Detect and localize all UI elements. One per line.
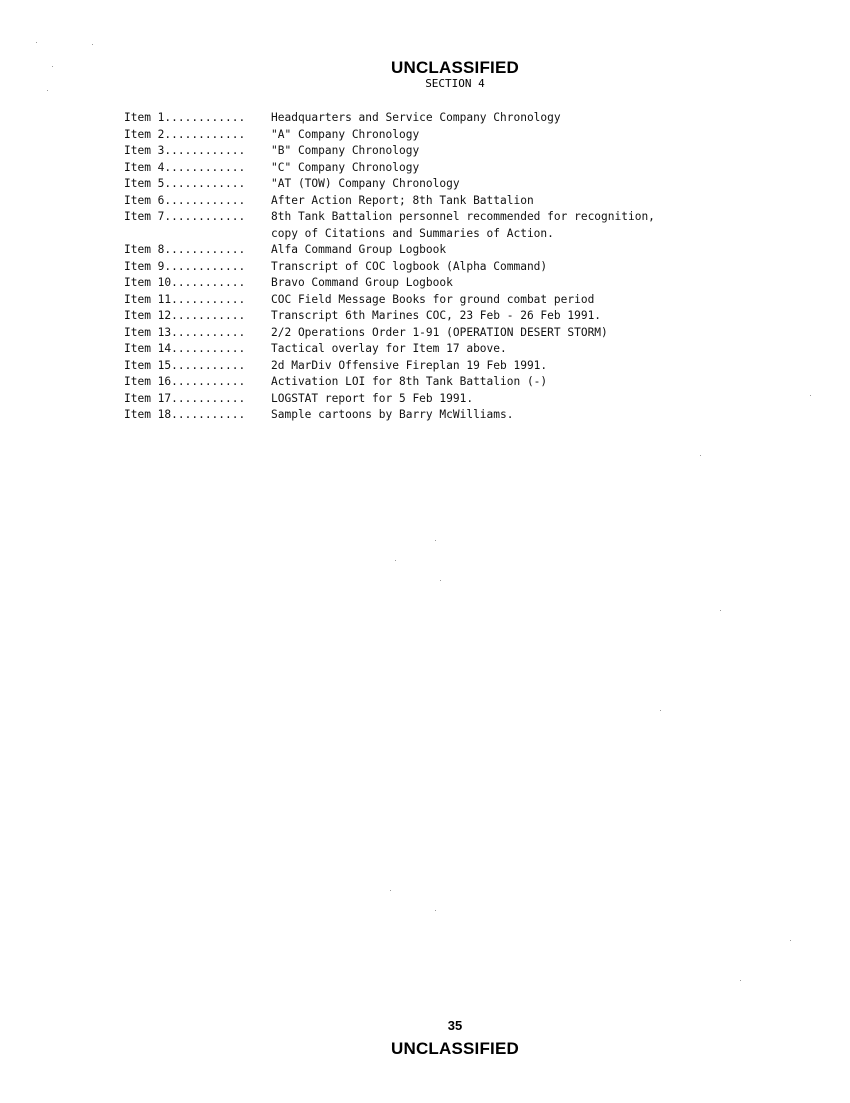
list-item: Item 16...........Activation LOI for 8th…: [124, 374, 655, 391]
section-title: SECTION 4: [30, 77, 850, 90]
item-label: Item 9............: [124, 259, 271, 276]
scan-speck: [92, 44, 93, 45]
list-item: Item 5............"AT (TOW) Company Chro…: [124, 176, 655, 193]
item-description: 2d MarDiv Offensive Fireplan 19 Feb 1991…: [271, 358, 547, 375]
item-description: COC Field Message Books for ground comba…: [271, 292, 594, 309]
scan-speck: [440, 580, 441, 581]
item-description: Tactical overlay for Item 17 above.: [271, 341, 507, 358]
list-item: Item 4............"C" Company Chronology: [124, 160, 655, 177]
list-item: Item 15...........2d MarDiv Offensive Fi…: [124, 358, 655, 375]
list-item: Item 2............"A" Company Chronology: [124, 127, 655, 144]
item-label: Item 3............: [124, 143, 271, 160]
scan-speck: [435, 910, 436, 911]
item-label: Item 14...........: [124, 341, 271, 358]
item-description: Bravo Command Group Logbook: [271, 275, 453, 292]
item-label: Item 11...........: [124, 292, 271, 309]
scan-speck: [390, 890, 391, 891]
scan-speck: [435, 540, 436, 541]
scan-speck: [47, 90, 48, 91]
scan-speck: [810, 395, 811, 396]
item-label: Item 4............: [124, 160, 271, 177]
item-description: Headquarters and Service Company Chronol…: [271, 110, 561, 127]
list-item: Item 7............8th Tank Battalion per…: [124, 209, 655, 226]
list-item: Item 8............Alfa Command Group Log…: [124, 242, 655, 259]
item-label: Item 17...........: [124, 391, 271, 408]
classification-footer: UNCLASSIFIED: [30, 1039, 850, 1059]
scan-speck: [720, 610, 721, 611]
scan-speck: [52, 66, 53, 67]
page-number: 35: [30, 1018, 850, 1033]
scan-speck: [700, 455, 701, 456]
item-description: After Action Report; 8th Tank Battalion: [271, 193, 534, 210]
list-item: Item 6............After Action Report; 8…: [124, 193, 655, 210]
item-description: Transcript 6th Marines COC, 23 Feb - 26 …: [271, 308, 601, 325]
enclosure-item-list: Item 1............Headquarters and Servi…: [124, 110, 655, 424]
item-description: "AT (TOW) Company Chronology: [271, 176, 460, 193]
item-description: 2/2 Operations Order 1-91 (OPERATION DES…: [271, 325, 608, 342]
item-label-spacer: [124, 226, 271, 243]
item-label: Item 6............: [124, 193, 271, 210]
item-label: Item 16...........: [124, 374, 271, 391]
item-description: Transcript of COC logbook (Alpha Command…: [271, 259, 547, 276]
list-item: Item 18...........Sample cartoons by Bar…: [124, 407, 655, 424]
item-label: Item 7............: [124, 209, 271, 226]
item-label: Item 18...........: [124, 407, 271, 424]
list-item: Item 17...........LOGSTAT report for 5 F…: [124, 391, 655, 408]
item-description: 8th Tank Battalion personnel recommended…: [271, 209, 655, 226]
list-item: Item 12...........Transcript 6th Marines…: [124, 308, 655, 325]
classification-header: UNCLASSIFIED: [30, 58, 850, 78]
item-label: Item 5............: [124, 176, 271, 193]
list-item: Item 14...........Tactical overlay for I…: [124, 341, 655, 358]
list-item: Item 1............Headquarters and Servi…: [124, 110, 655, 127]
item-description: LOGSTAT report for 5 Feb 1991.: [271, 391, 473, 408]
item-description: Activation LOI for 8th Tank Battalion (-…: [271, 374, 547, 391]
item-label: Item 1............: [124, 110, 271, 127]
item-description: Sample cartoons by Barry McWilliams.: [271, 407, 513, 424]
item-label: Item 2............: [124, 127, 271, 144]
list-item: Item 3............"B" Company Chronology: [124, 143, 655, 160]
item-label: Item 13...........: [124, 325, 271, 342]
item-description: "A" Company Chronology: [271, 127, 419, 144]
item-label: Item 8............: [124, 242, 271, 259]
scan-speck: [790, 940, 791, 941]
item-description: "C" Company Chronology: [271, 160, 419, 177]
item-label: Item 12...........: [124, 308, 271, 325]
list-item: Item 10...........Bravo Command Group Lo…: [124, 275, 655, 292]
list-item-continuation: copy of Citations and Summaries of Actio…: [124, 226, 655, 243]
item-description: "B" Company Chronology: [271, 143, 419, 160]
item-label: Item 15...........: [124, 358, 271, 375]
list-item: Item 11...........COC Field Message Book…: [124, 292, 655, 309]
scan-speck: [660, 710, 661, 711]
item-description-continuation: copy of Citations and Summaries of Actio…: [271, 226, 554, 243]
item-label: Item 10...........: [124, 275, 271, 292]
scan-speck: [36, 42, 37, 43]
scan-speck: [740, 980, 741, 981]
list-item: Item 9............Transcript of COC logb…: [124, 259, 655, 276]
item-description: Alfa Command Group Logbook: [271, 242, 446, 259]
list-item: Item 13...........2/2 Operations Order 1…: [124, 325, 655, 342]
scan-speck: [395, 560, 396, 561]
